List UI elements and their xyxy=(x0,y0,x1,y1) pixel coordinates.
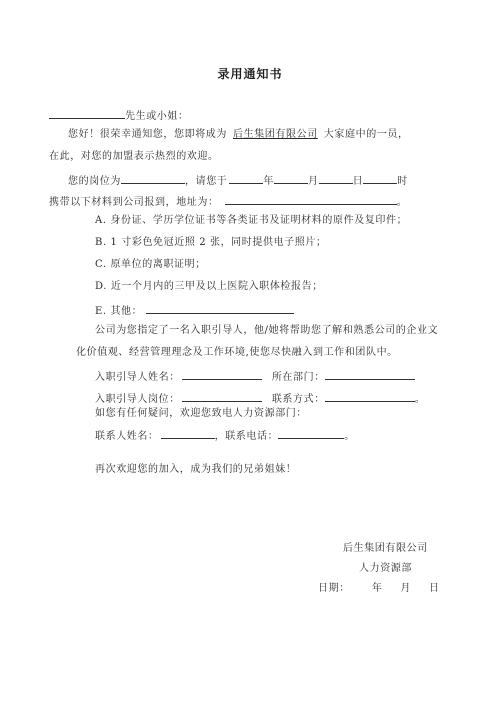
hour-label: 时 xyxy=(397,176,408,187)
material-item-d: D. 近一个月内的三甲及以上医院入职体检报告； xyxy=(95,280,323,294)
company-name: 后生集团有限公司 xyxy=(227,129,324,140)
document-title: 录用通知书 xyxy=(0,65,500,82)
mentor-post-label: 入职引导人岗位： xyxy=(95,394,180,405)
mentor-name-line: 入职引导人姓名：所在部门： xyxy=(95,368,415,385)
mentor-dept-blank xyxy=(325,368,415,380)
other-materials-blank xyxy=(146,302,294,314)
signature-company: 后生集团有限公司 xyxy=(343,542,428,556)
hour-blank xyxy=(363,172,397,184)
date-label: 日期： xyxy=(318,583,350,594)
welcome-line-1: 您好！很荣幸通知您，您即将成为后生集团有限公司大家庭中的一员， xyxy=(68,128,409,142)
month-label: 月 xyxy=(308,176,319,187)
position-blank xyxy=(121,172,185,184)
signature-date-line: 日期：年月日 xyxy=(318,582,440,596)
address-blank xyxy=(225,193,397,205)
position-line: 您的岗位为，请您于年月日时 xyxy=(68,172,408,189)
year-label: 年 xyxy=(263,176,274,187)
mentor-line-2: 化价值观、经营管理理念及工作环境,使您尽快融入到工作和团队中。 xyxy=(76,346,398,360)
contact-name-label: 联系人姓名： xyxy=(95,431,159,442)
material-item-e-label: E. 其他： xyxy=(95,306,142,317)
material-item-e: E. 其他： xyxy=(95,302,294,319)
mentor-contact-label: 联系方式： xyxy=(272,394,325,405)
report-label: ，请您于 xyxy=(185,176,227,187)
mentor-post-line: 入职引导人岗位：联系方式：。 xyxy=(95,390,425,407)
material-item-b: B. 1 寸彩色免冠近照 2 张，同时提供电子照片； xyxy=(95,236,327,250)
mentor-line-1: 公司为您指定了一名入职引导人，他/她将帮助您了解和熟悉公司的企业文 xyxy=(95,324,438,338)
contact-line: 联系人姓名：，联系电话：。 xyxy=(95,427,355,444)
contact-name-blank xyxy=(161,427,215,439)
period: 。 xyxy=(397,197,408,208)
salutation-text: 先生或小姐： xyxy=(125,111,189,122)
offer-letter-page: 录用通知书 先生或小姐： 您好！很荣幸通知您，您即将成为后生集团有限公司大家庭中… xyxy=(0,0,500,708)
material-item-a: A. 身份证、学历学位证书等各类证书及证明材料的原件及复印件； xyxy=(95,214,407,228)
mentor-dept-label: 所在部门： xyxy=(272,372,325,383)
questions-line: 如您有任何疑问，欢迎您致电人力资源部门： xyxy=(95,407,307,421)
period: 。 xyxy=(415,394,426,405)
contact-phone-label: ，联系电话： xyxy=(215,431,279,442)
welcome-text-a: 您好！很荣幸通知您，您即将成为 xyxy=(68,129,227,140)
closing-line: 再次欢迎您的加入，成为我们的兄弟姐妹！ xyxy=(95,463,296,477)
address-line: 携带以下材料到公司报到，地址为：。 xyxy=(49,193,407,210)
day-blank xyxy=(319,172,353,184)
signature-department: 人力资源部 xyxy=(359,562,412,576)
mentor-name-label: 入职引导人姓名： xyxy=(95,372,180,383)
address-label: 携带以下材料到公司报到，地址为： xyxy=(49,197,219,208)
candidate-name-blank xyxy=(49,107,125,119)
mentor-contact-blank xyxy=(325,390,415,402)
position-label: 您的岗位为 xyxy=(68,176,121,187)
mentor-name-blank xyxy=(182,368,262,380)
signature-year: 年 xyxy=(372,583,383,594)
day-label: 日 xyxy=(353,176,364,187)
welcome-line-2: 在此，对您的加盟表示热烈的欢迎。 xyxy=(49,150,219,164)
signature-month: 月 xyxy=(400,583,411,594)
mentor-post-blank xyxy=(182,390,262,402)
material-item-c: C. 原单位的离职证明； xyxy=(95,258,206,272)
month-blank xyxy=(274,172,308,184)
period: 。 xyxy=(344,431,355,442)
salutation-line: 先生或小姐： xyxy=(49,107,189,124)
signature-day: 日 xyxy=(429,583,440,594)
welcome-text-b: 大家庭中的一员， xyxy=(324,129,409,140)
year-blank xyxy=(229,172,263,184)
contact-phone-blank xyxy=(278,427,344,439)
